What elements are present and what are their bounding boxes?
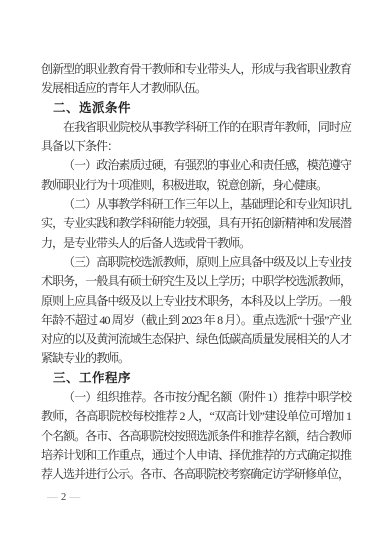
document-page: 创新型的职业教育骨干教师和专业带头人，形成与我省职业教育发展相适应的青年人才教师…	[0, 0, 387, 553]
paragraph-criteria-item-2: （二）从事教学科研工作三年以上，基础理论和专业知识扎实，专业实践和教学科研能力较…	[41, 195, 351, 253]
section-heading-work-procedure: 三、工作程序	[41, 369, 351, 388]
page-number: —2—	[47, 490, 80, 505]
document-body: 创新型的职业教育骨干教师和专业带头人，形成与我省职业教育发展相适应的青年人才教师…	[41, 60, 351, 485]
page-number-dash-left: —	[47, 491, 58, 503]
page-number-dash-right: —	[69, 491, 80, 503]
paragraph-criteria-item-3: （三）高职院校选派教师，原则上应具备中级及以上专业技术职务，一般具有硕士研究生及…	[41, 253, 351, 369]
paragraph-procedure-item-1: （一）组织推荐。各市按分配名额（附件 1）推荐中职学校教师，各高职院校每校推荐 …	[41, 388, 351, 484]
paragraph-criteria-item-1: （一）政治素质过硬，有强烈的事业心和责任感，模范遵守教师职业行为十项准则，积极进…	[41, 156, 351, 195]
section-heading-selection-criteria: 二、选派条件	[41, 99, 351, 118]
paragraph-continuation: 创新型的职业教育骨干教师和专业带头人，形成与我省职业教育发展相适应的青年人才教师…	[41, 60, 351, 99]
paragraph-criteria-intro: 在我省职业院校从事教学科研工作的在职青年教师，同时应具备以下条件：	[41, 118, 351, 157]
page-number-value: 2	[61, 492, 66, 503]
